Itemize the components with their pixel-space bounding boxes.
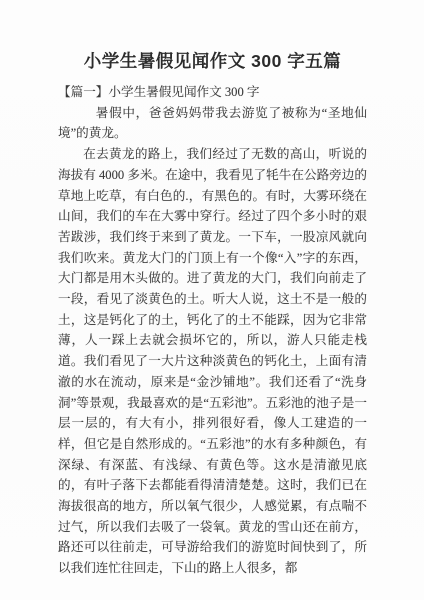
paragraph: 在去黄龙的路上，我们经过了无数的高山，听说的海拔有 4000 多米。在途中，我看… bbox=[58, 144, 367, 579]
document-page: 小学生暑假见闻作文 300 字五篇 【篇一】小学生暑假见闻作文 300 字 暑假… bbox=[0, 0, 424, 600]
document-title: 小学生暑假见闻作文 300 字五篇 bbox=[58, 50, 367, 73]
section-heading: 【篇一】小学生暑假见闻作文 300 字 bbox=[58, 82, 367, 103]
scanned-document-page: { "document": { "title": "小学生暑假见闻作文 300 … bbox=[0, 0, 424, 600]
paragraph: 暑假中，爸爸妈妈带我去游览了被称为“圣地仙境”的黄龙。 bbox=[58, 103, 367, 144]
document-body: 【篇一】小学生暑假见闻作文 300 字 暑假中，爸爸妈妈带我去游览了被称为“圣地… bbox=[58, 82, 367, 579]
